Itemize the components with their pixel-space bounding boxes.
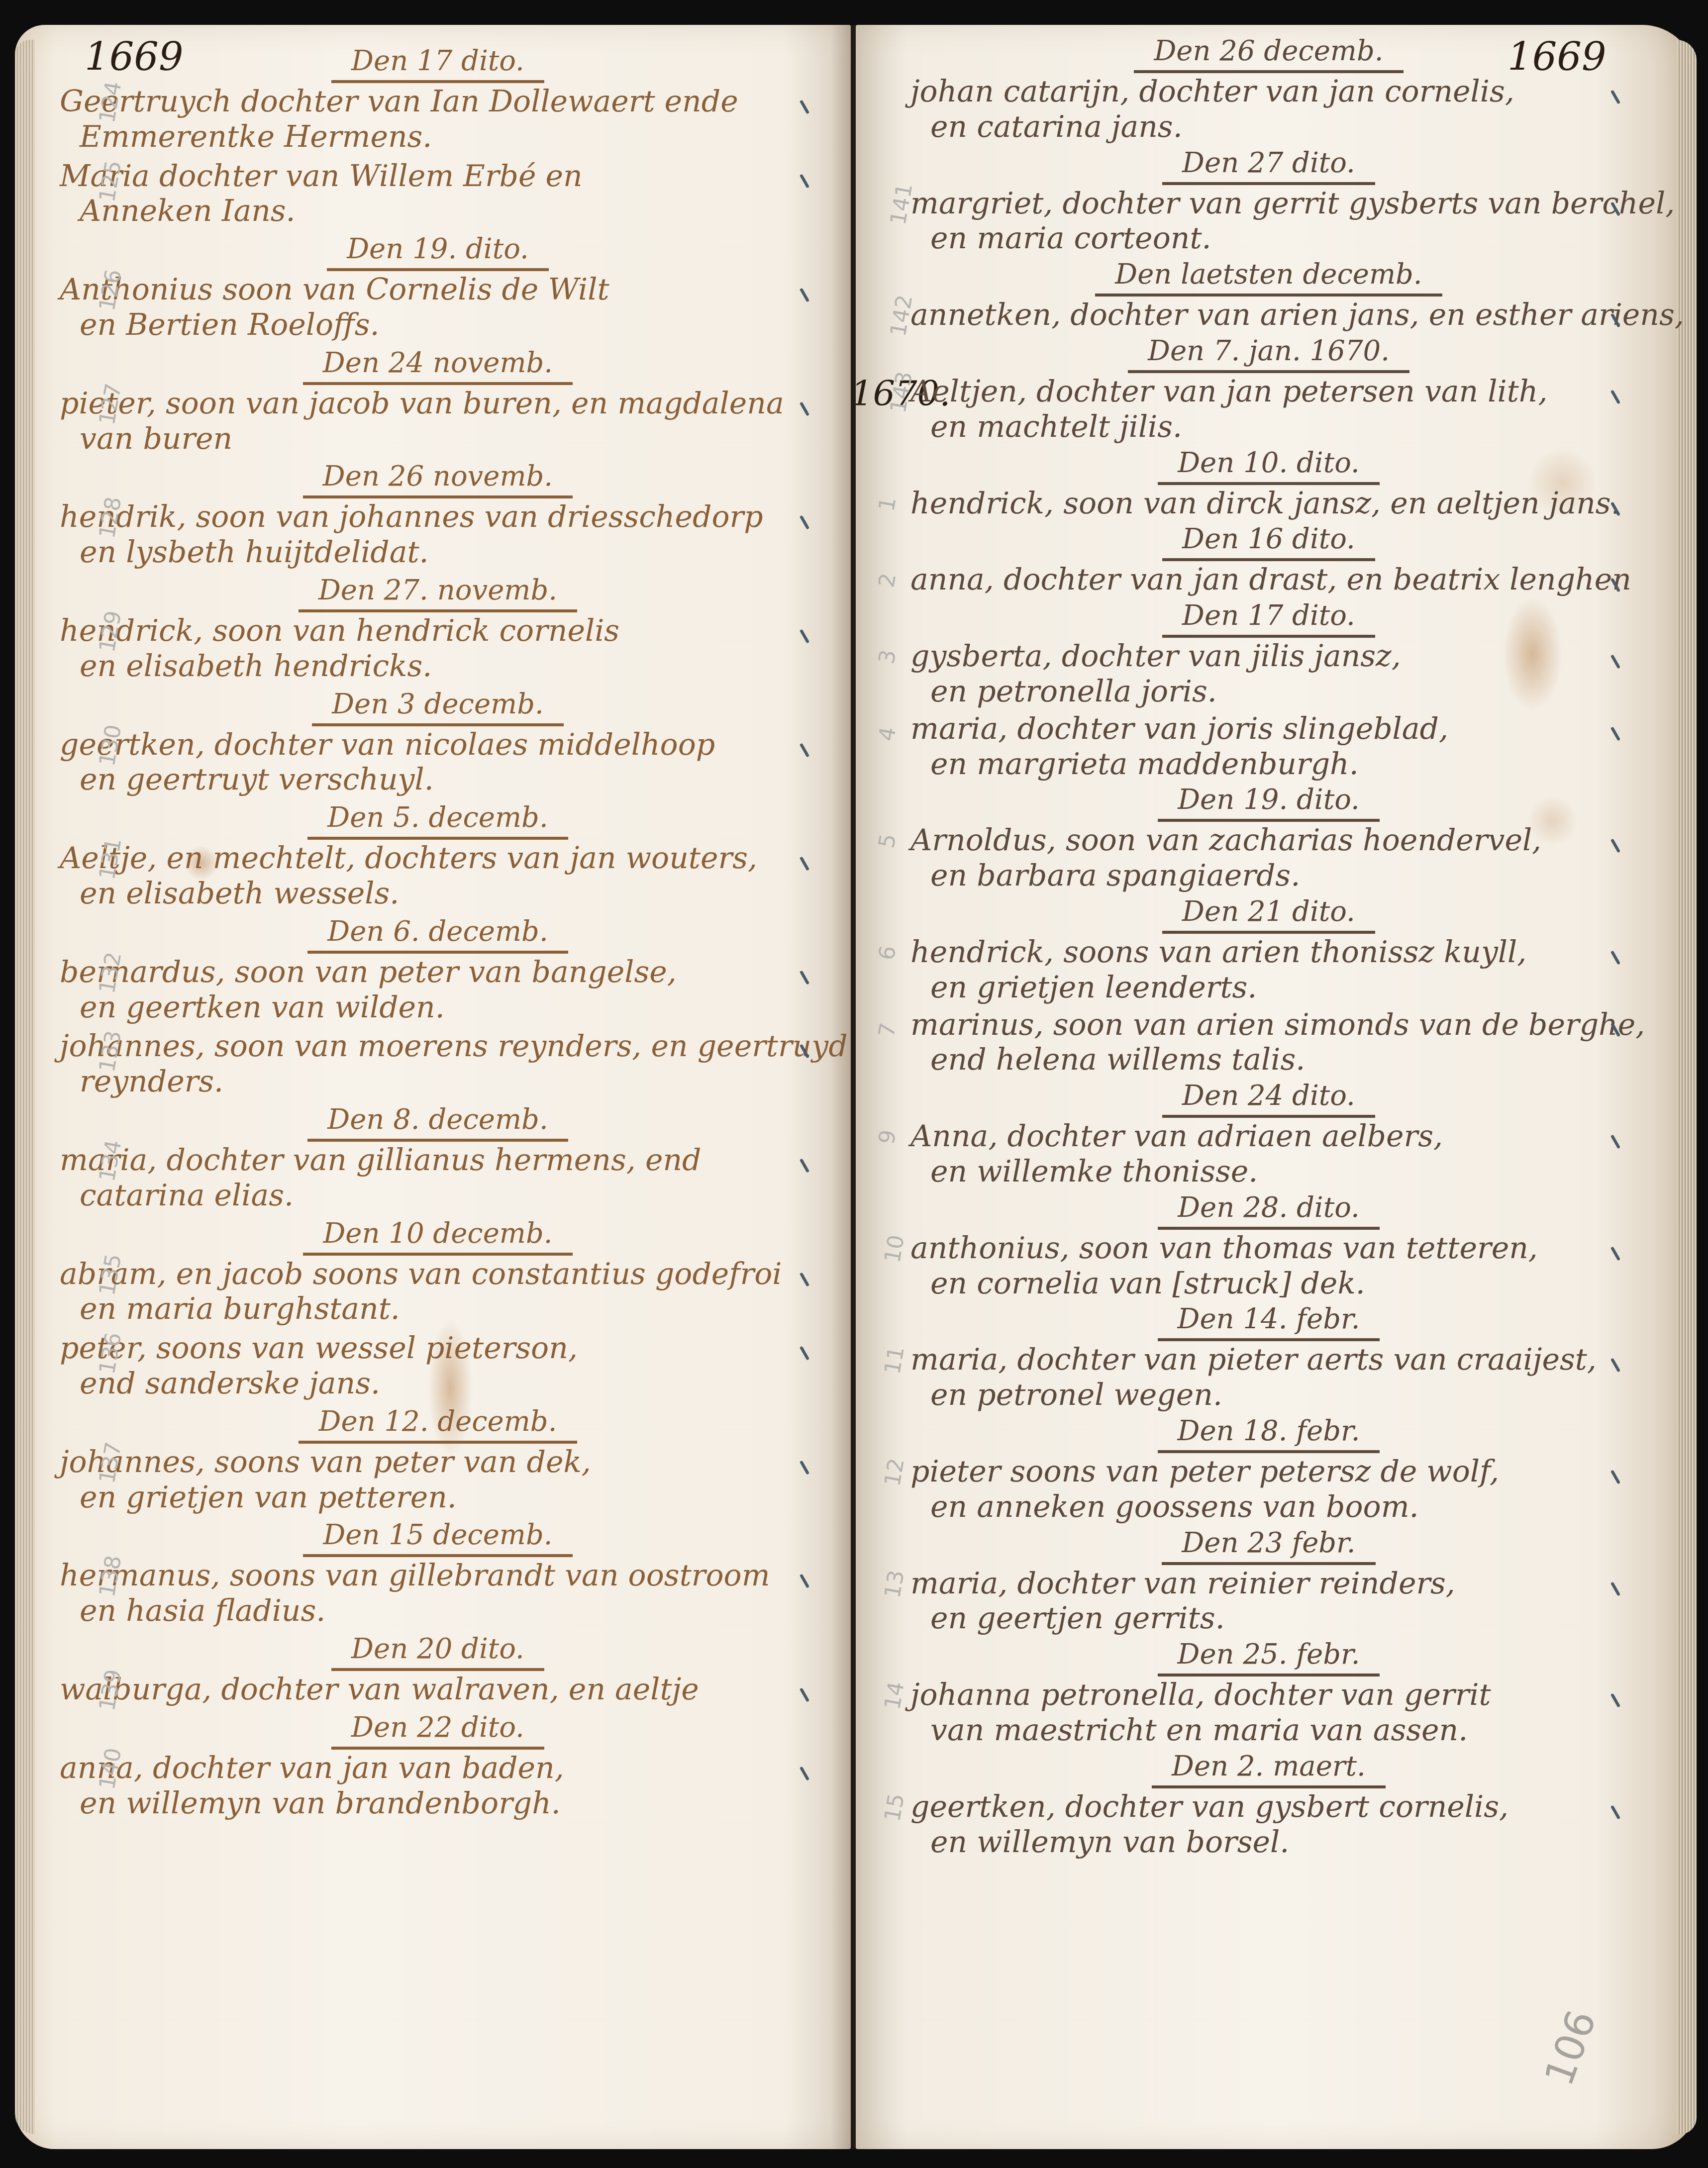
entry-date: Den 21 dito. (901, 895, 1637, 935)
entry-line: peter, soons van wessel pieterson, (50, 1331, 826, 1366)
entry-date-text: Den 23 febr. (1162, 1527, 1375, 1565)
baptism-entry: Den 18. febr.pieter soons van peter pete… (901, 1415, 1637, 1525)
entry-date: Den 28. dito. (901, 1191, 1637, 1231)
entry-date-text: Den 26 novemb. (303, 460, 573, 498)
entry-date: Den 16 dito. (901, 523, 1637, 562)
right-entries-list: Den 26 decemb.johan catarijn, dochter va… (901, 35, 1637, 1862)
entry-line: Anna, dochter van adriaen aelbers, (901, 1119, 1637, 1154)
pencil-margin-number: 7 (874, 1021, 901, 1039)
pencil-margin-number: 2 (874, 572, 901, 590)
entry-date-text: Den 27. novemb. (299, 574, 577, 612)
entry-line: end sanderske jans. (50, 1366, 826, 1401)
entry-line: bernardus, soon van peter van bangelse, (50, 955, 826, 990)
entry-date-text: Den 20 dito. (331, 1633, 544, 1671)
entry-line: en elisabeth hendricks. (50, 649, 826, 684)
right-page: 1669 1670. 106 Den 26 decemb.johan catar… (856, 25, 1697, 2149)
entry-line: hermanus, soons van gillebrandt van oost… (50, 1558, 826, 1593)
baptism-entry: Den 12. decemb.johannes, soons van peter… (50, 1405, 826, 1515)
entry-line: johanna petronella, dochter van gerrit (901, 1677, 1637, 1713)
entry-date-text: Den 14. febr. (1158, 1303, 1380, 1341)
entry-line: marinus, soon van arien simonds van de b… (901, 1007, 1637, 1043)
entry-line: en geertruyt verschuyl. (50, 762, 826, 797)
entry-date-text: Den 10 decemb. (303, 1217, 572, 1256)
baptism-entry: maria, dochter van joris slingeblad,en m… (901, 711, 1637, 782)
baptism-entry: Den 21 dito.hendrick, soons van arien th… (901, 895, 1637, 1005)
entry-date-text: Den 22 dito. (331, 1711, 544, 1750)
entry-line: en willemyn van borsel. (901, 1825, 1637, 1860)
entry-date: Den 22 dito. (50, 1711, 826, 1751)
pencil-margin-number: 10 (880, 1233, 909, 1265)
entry-line: Maria dochter van Willem Erbé en (50, 159, 826, 194)
baptism-entry: Den 15 decemb.hermanus, soons van gilleb… (50, 1519, 826, 1629)
entry-line: en anneken goossens van boom. (901, 1489, 1637, 1525)
entry-line: abram, en jacob soons van constantius go… (50, 1257, 826, 1292)
entry-date-text: Den 21 dito. (1162, 895, 1375, 934)
entry-line: gysberta, dochter van jilis jansz, (901, 639, 1637, 674)
entry-date-text: Den 24 dito. (1162, 1080, 1375, 1118)
entry-line: Anneken Ians. (50, 194, 826, 229)
entry-date-text: Den 19. dito. (1158, 784, 1380, 822)
entry-line: annetken, dochter van arien jans, en est… (901, 297, 1637, 333)
entry-date-text: Den 28. dito. (1158, 1191, 1380, 1230)
baptism-entry: Den 26 novemb.hendrik, soon van johannes… (50, 460, 826, 570)
baptism-entry: marinus, soon van arien simonds van de b… (901, 1007, 1637, 1078)
entry-date: Den 26 novemb. (50, 460, 826, 499)
entry-date: Den 14. febr. (901, 1303, 1637, 1342)
entry-line: hendrick, soon van dirck jansz, en aeltj… (901, 486, 1637, 521)
entry-line: anthonius, soon van thomas van tetteren, (901, 1231, 1637, 1266)
entry-line: Geertruych dochter van Ian Dollewaert en… (50, 84, 826, 119)
entry-line: en lysbeth huijtdelidat. (50, 535, 826, 570)
entry-line: en catarina jans. (901, 109, 1637, 145)
entry-date-text: Den 24 novemb. (303, 347, 573, 385)
entry-date: Den 10 decemb. (50, 1217, 826, 1257)
entry-line: hendrick, soon van hendrick cornelis (50, 613, 826, 649)
baptism-entry: Den 27 dito.margriet, dochter van gerrit… (901, 147, 1637, 257)
entry-line: walburga, dochter van walraven, en aeltj… (50, 1672, 826, 1707)
left-entries-list: Den 17 dito.Geertruych dochter van Ian D… (50, 45, 826, 1825)
entry-date: Den 10. dito. (901, 447, 1637, 486)
pencil-margin-number: 15 (880, 1791, 909, 1823)
pencil-margin-number: 6 (874, 944, 901, 962)
entry-line: van buren (50, 421, 826, 457)
entry-date: Den 25. febr. (901, 1638, 1637, 1677)
entry-line: Aeltje, en mechtelt, dochters van jan wo… (50, 841, 826, 876)
entry-line: en maria corteont. (901, 221, 1637, 256)
entry-date-text: Den 8. decemb. (307, 1103, 568, 1142)
baptism-entry: Den 7. jan. 1670.Aeltjen, dochter van ja… (901, 335, 1637, 445)
entry-line: end helena willems talis. (901, 1042, 1637, 1078)
baptism-entry: Den 19. dito.Anthonius soon van Cornelis… (50, 233, 826, 343)
baptism-entry: Den 3 decemb.geertken, dochter van nicol… (50, 688, 826, 798)
baptism-entry: Den 17 dito.gysberta, dochter van jilis … (901, 599, 1637, 709)
entry-line: en willemyn van brandenborgh. (50, 1786, 826, 1821)
entry-line: en barbara spangiaerds. (901, 858, 1637, 893)
entry-date-text: Den 15 decemb. (303, 1519, 572, 1557)
baptism-entry: Den laetsten decemb.annetken, dochter va… (901, 258, 1637, 333)
entry-line: Arnoldus, soon van zacharias hoendervel, (901, 823, 1637, 858)
baptism-entry: Den 10. dito.hendrick, soon van dirck ja… (901, 447, 1637, 521)
entry-date: Den 7. jan. 1670. (901, 335, 1637, 374)
entry-line: van maestricht en maria van assen. (901, 1713, 1637, 1748)
entry-date: Den 3 decemb. (50, 688, 826, 727)
baptism-entry: peter, soons van wessel pieterson,end sa… (50, 1331, 826, 1401)
pencil-margin-number: 4 (874, 725, 901, 743)
entry-date-text: Den laetsten decemb. (1095, 258, 1442, 296)
pencil-margin-number: 12 (880, 1456, 909, 1488)
entry-date: Den 20 dito. (50, 1633, 826, 1672)
entry-line: en Bertien Roeloffs. (50, 307, 826, 343)
pencil-margin-number: 13 (880, 1568, 909, 1600)
entry-line: en cornelia van [struck] dek. (901, 1266, 1637, 1301)
entry-date: Den 19. dito. (901, 784, 1637, 823)
baptism-entry: Den 23 febr.maria, dochter van reinier r… (901, 1527, 1637, 1637)
entry-date: Den 12. decemb. (50, 1405, 826, 1445)
entry-line: en geertken van wilden. (50, 990, 826, 1025)
baptism-entry: Den 6. decemb.bernardus, soon van peter … (50, 915, 826, 1025)
baptism-entry: Den 8. decemb.maria, dochter van gillian… (50, 1103, 826, 1213)
entry-date-text: Den 6. decemb. (307, 915, 568, 954)
baptism-entry: Den 16 dito.anna, dochter van jan drast,… (901, 523, 1637, 597)
entry-date: Den 23 febr. (901, 1527, 1637, 1566)
entry-line: anna, dochter van jan van baden, (50, 1751, 826, 1786)
baptism-entry: Den 5. decemb.Aeltje, en mechtelt, docht… (50, 801, 826, 911)
baptism-entry: Den 20 dito.walburga, dochter van walrav… (50, 1633, 826, 1707)
entry-date: Den 24 novemb. (50, 347, 826, 386)
entry-line: en grietjen leenderts. (901, 970, 1637, 1005)
entry-line: margriet, dochter van gerrit gysberts va… (901, 186, 1637, 221)
entry-line: catarina elias. (50, 1178, 826, 1213)
pencil-margin-number: 9 (874, 1128, 901, 1146)
entry-date: Den 17 dito. (901, 599, 1637, 639)
entry-line: en willemke thonisse. (901, 1154, 1637, 1189)
entry-line: Emmerentke Hermens. (50, 119, 826, 155)
entry-date-text: Den 2. maert. (1152, 1750, 1386, 1788)
entry-date-text: Den 17 dito. (1162, 599, 1375, 638)
entry-date: Den 27 dito. (901, 147, 1637, 186)
entry-line: pieter, soon van jacob van buren, en mag… (50, 386, 826, 421)
entry-line: pieter soons van peter petersz de wolf, (901, 1454, 1637, 1489)
entry-date: Den 27. novemb. (50, 574, 826, 613)
entry-line: Anthonius soon van Cornelis de Wilt (50, 272, 826, 307)
entry-line: johannes, soon van moerens reynders, en … (50, 1029, 826, 1064)
baptism-entry: Den 26 decemb.johan catarijn, dochter va… (901, 35, 1637, 145)
entry-date-text: Den 16 dito. (1162, 523, 1375, 561)
entry-line: maria, dochter van pieter aerts van craa… (901, 1342, 1637, 1378)
entry-line: en geertjen gerrits. (901, 1601, 1637, 1636)
open-register-book: 1669 Den 17 dito.Geertruych dochter van … (15, 25, 1697, 2159)
entry-line: johannes, soons van peter van dek, (50, 1445, 826, 1480)
entry-line: en elisabeth wessels. (50, 876, 826, 911)
entry-date: Den 2. maert. (901, 1750, 1637, 1789)
entry-date-text: Den 3 decemb. (312, 688, 564, 726)
entry-line: geertken, dochter van nicolaes middelhoo… (50, 727, 826, 763)
entry-date-text: Den 27 dito. (1162, 147, 1375, 185)
baptism-entry: Den 28. dito.anthonius, soon van thomas … (901, 1191, 1637, 1301)
entry-line: en grietjen van petteren. (50, 1480, 826, 1515)
left-page: 1669 Den 17 dito.Geertruych dochter van … (15, 25, 851, 2149)
entry-date: Den 15 decemb. (50, 1519, 826, 1558)
entry-date: Den 6. decemb. (50, 915, 826, 955)
entry-date-text: Den 18. febr. (1158, 1415, 1380, 1453)
entry-date-text: Den 5. decemb. (307, 801, 568, 840)
entry-line: en machtelt jilis. (901, 409, 1637, 445)
entry-line: maria, dochter van joris slingeblad, (901, 711, 1637, 747)
entry-line: Aeltjen, dochter van jan petersen van li… (901, 374, 1637, 409)
entry-date-text: Den 10. dito. (1158, 447, 1380, 485)
baptism-entry: Den 14. febr.maria, dochter van pieter a… (901, 1303, 1637, 1413)
entry-date: Den 26 decemb. (901, 35, 1637, 74)
entry-date: Den 17 dito. (50, 45, 826, 84)
baptism-entry: Den 22 dito.anna, dochter van jan van ba… (50, 1711, 826, 1821)
entry-date-text: Den 26 decemb. (1134, 35, 1403, 73)
entry-date-text: Den 17 dito. (331, 45, 544, 83)
entry-line: reynders. (50, 1064, 826, 1099)
baptism-entry: Den 17 dito.Geertruych dochter van Ian D… (50, 45, 826, 155)
entry-date: Den 8. decemb. (50, 1103, 826, 1143)
entry-line: maria, dochter van gillianus hermens, en… (50, 1143, 826, 1178)
entry-line: en petronella joris. (901, 674, 1637, 709)
baptism-entry: Den 24 novemb.pieter, soon van jacob van… (50, 347, 826, 457)
entry-date-text: Den 7. jan. 1670. (1128, 335, 1409, 373)
entry-date: Den 19. dito. (50, 233, 826, 272)
entry-line: geertken, dochter van gysbert cornelis, (901, 1789, 1637, 1825)
pencil-margin-number: 11 (880, 1345, 909, 1377)
entry-line: johan catarijn, dochter van jan cornelis… (901, 74, 1637, 109)
baptism-entry: Den 24 dito.Anna, dochter van adriaen ae… (901, 1080, 1637, 1189)
entry-line: hendrick, soons van arien thonissz kuyll… (901, 935, 1637, 970)
pencil-margin-number: 1 (874, 495, 901, 513)
entry-line: anna, dochter van jan drast, en beatrix … (901, 562, 1637, 597)
baptism-entry: Den 2. maert.geertken, dochter van gysbe… (901, 1750, 1637, 1860)
page-edges (15, 40, 35, 2134)
entry-line: maria, dochter van reinier reinders, (901, 1566, 1637, 1601)
baptism-entry: Den 10 decemb.abram, en jacob soons van … (50, 1217, 826, 1327)
entry-line: en margrieta maddenburgh. (901, 747, 1637, 782)
page-edges (1677, 40, 1697, 2134)
baptism-entry: johannes, soon van moerens reynders, en … (50, 1029, 826, 1099)
baptism-entry: Den 25. febr.johanna petronella, dochter… (901, 1638, 1637, 1748)
baptism-entry: Den 19. dito.Arnoldus, soon van zacharia… (901, 784, 1637, 893)
folio-number: 106 (1536, 2004, 1606, 2091)
entry-date: Den 5. decemb. (50, 801, 826, 841)
entry-date-text: Den 12. decemb. (299, 1405, 577, 1444)
entry-date-text: Den 25. febr. (1158, 1638, 1380, 1676)
entry-date: Den 18. febr. (901, 1415, 1637, 1454)
entry-date: Den laetsten decemb. (901, 258, 1637, 297)
entry-line: en petronel wegen. (901, 1378, 1637, 1413)
entry-line: en maria burghstant. (50, 1291, 826, 1327)
baptism-entry: Den 27. novemb.hendrick, soon van hendri… (50, 574, 826, 684)
pencil-margin-number: 14 (880, 1680, 909, 1712)
entry-line: hendrik, soon van johannes van driessche… (50, 499, 826, 535)
pencil-margin-number: 5 (874, 832, 901, 850)
baptism-entry: Maria dochter van Willem Erbé enAnneken … (50, 159, 826, 229)
entry-line: en hasia fladius. (50, 1593, 826, 1629)
entry-date-text: Den 19. dito. (327, 233, 549, 271)
entry-date: Den 24 dito. (901, 1080, 1637, 1119)
pencil-margin-number: 3 (874, 648, 901, 666)
